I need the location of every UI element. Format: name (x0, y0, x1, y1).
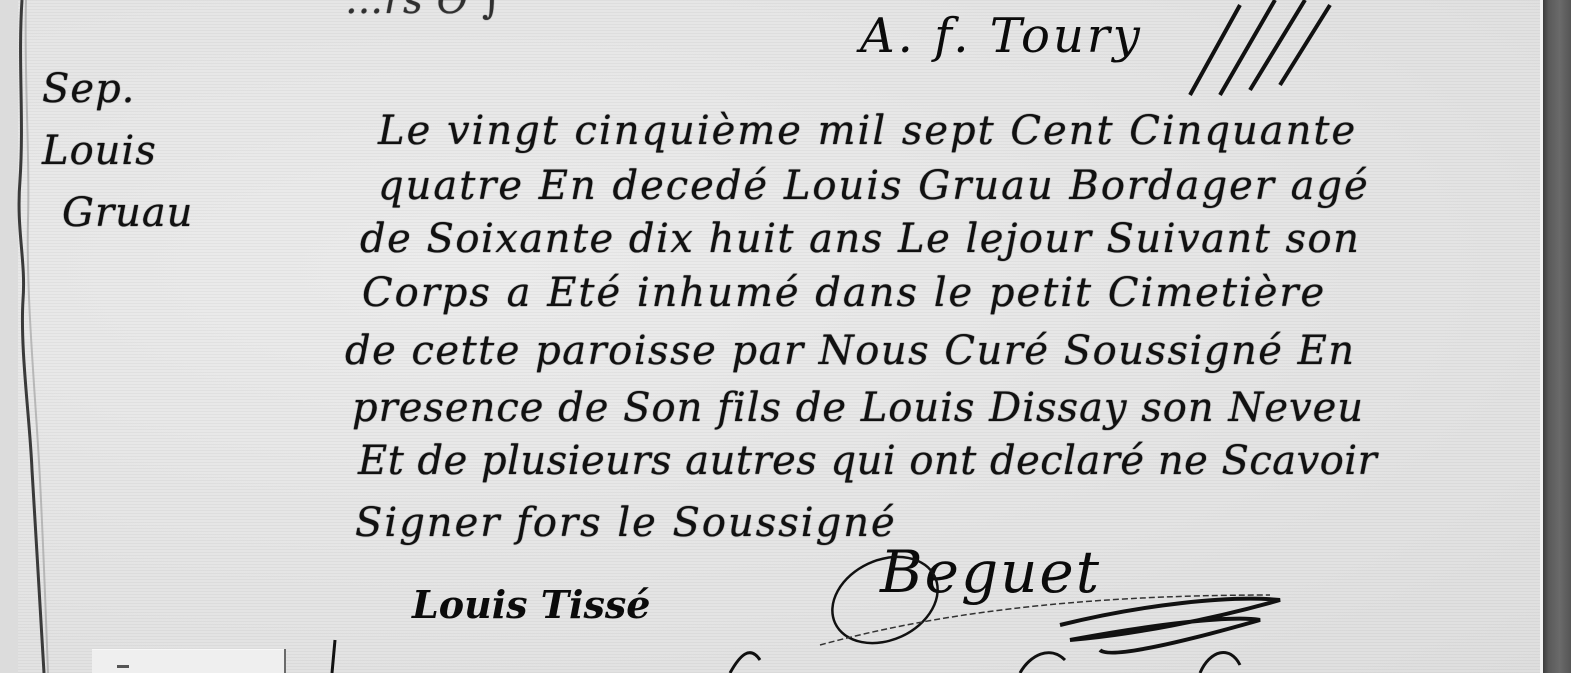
entry-line-5: de cette paroisse par Nous Curé Soussign… (345, 328, 1356, 374)
entry-line-2: quatre En decedé Louis Gruau Bordager ag… (378, 163, 1370, 209)
witness-signature: Louis Tissé (412, 582, 650, 627)
previous-entry-signature: A. f. Toury (860, 8, 1143, 64)
margin-note-surname: Gruau (62, 182, 272, 244)
book-binding-shadow (1543, 0, 1571, 673)
entry-line-3: de Soixante dix huit ans Le lejour Suiva… (360, 216, 1360, 262)
overlay-box-mark (117, 665, 129, 668)
overlay-label-box (92, 649, 286, 673)
entry-line-4: Corps a Eté inhumé dans le petit Cimetiè… (362, 270, 1326, 316)
margin-note-abbrev: Sep. (42, 58, 272, 120)
margin-note: Sep. Louis Gruau (42, 58, 272, 244)
margin-note-given-name: Louis (42, 120, 272, 182)
entry-line-7: Et de plusieurs autres qui ont declaré n… (358, 438, 1377, 484)
entry-line-1: Le vingt cinquième mil sept Cent Cinquan… (378, 108, 1357, 154)
next-entry-fragment (330, 630, 1530, 673)
previous-entry-fragment: …rs Ə ∫ (345, 0, 503, 22)
scanned-register-page: …rs Ə ∫ A. f. Toury Sep. Louis Gruau Le … (0, 0, 1571, 673)
signature-flourish-top (1180, 0, 1340, 100)
entry-line-6: presence de Son fils de Louis Dissay son… (352, 385, 1364, 431)
